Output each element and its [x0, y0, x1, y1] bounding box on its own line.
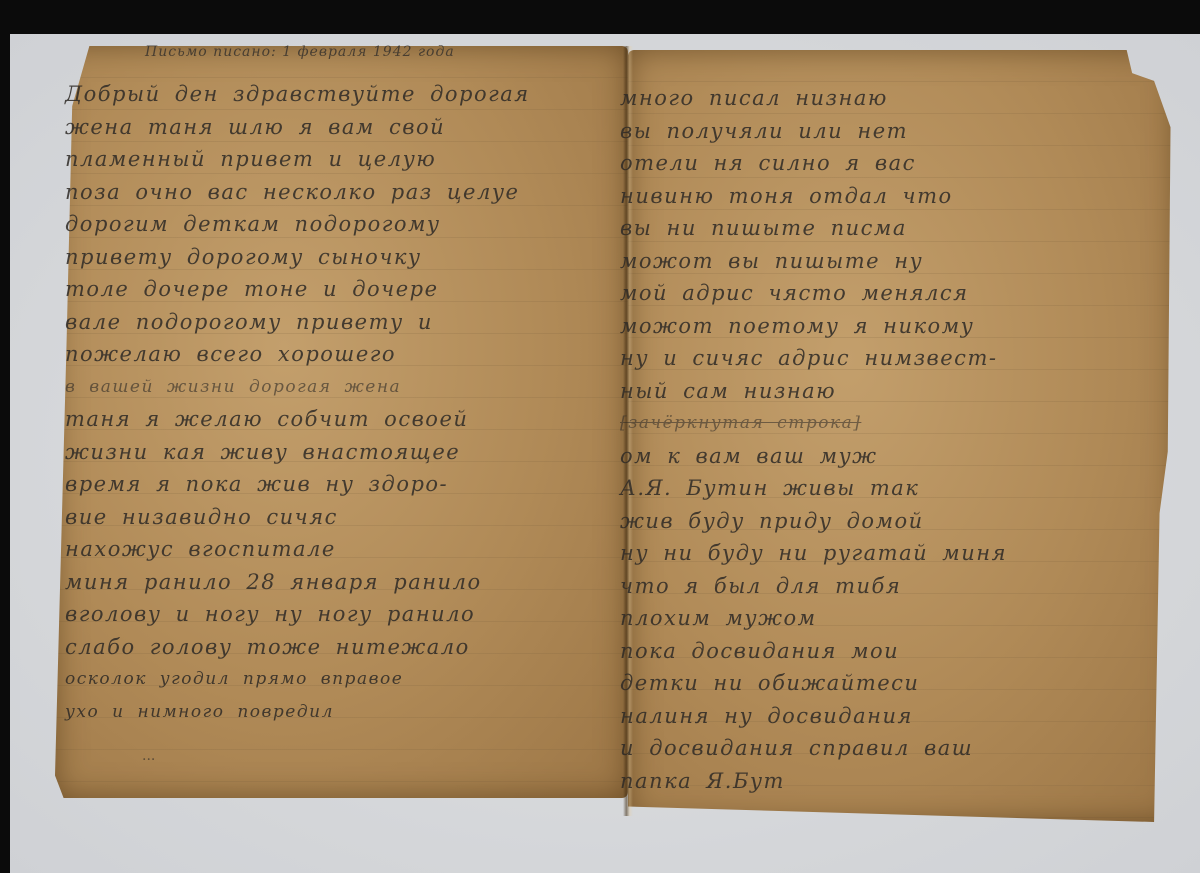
handwritten-line: нивиню тоня отдал что [620, 180, 1007, 213]
handwritten-line: время я пока жив ну здоро- [65, 468, 530, 501]
handwritten-line: ом к вам ваш муж [620, 440, 1007, 473]
handwritten-line: детки ни обижайтеси [620, 667, 1007, 700]
signature-line: папка Я.Бут [620, 765, 1007, 798]
handwritten-line: поза очно вас несколко раз целуе [65, 176, 530, 209]
handwritten-line: слабо голову тоже нитежало [65, 631, 530, 664]
scan-border-left [0, 0, 10, 873]
handwritten-line: таня я желаю собчит освоей [65, 403, 530, 436]
handwritten-line: миня ранило 28 января ранило [65, 566, 530, 599]
ellipsis-mark: ... [142, 748, 155, 764]
handwritten-line: в вашей жизни дорогая жена [65, 371, 530, 404]
left-page-text: Добрый ден здравствуйте дорогая жена тан… [65, 78, 530, 728]
handwritten-line: толе дочере тоне и дочере [65, 273, 530, 306]
handwritten-line: вголову и ногу ну ногу ранило [65, 598, 530, 631]
right-page-text: много писал низнаю вы получяли или нет о… [620, 82, 1007, 797]
handwritten-line: жена таня шлю я вам свой [65, 111, 530, 144]
handwritten-line: А.Я. Бутин живы так [620, 472, 1007, 505]
handwritten-line: налиня ну досвидания [620, 700, 1007, 733]
handwritten-line: ну ни буду ни ругатай миня [620, 537, 1007, 570]
handwritten-line: пожелаю всего хорошего [65, 338, 530, 371]
scan-border-top [0, 0, 1200, 34]
handwritten-line: отели ня силно я вас [620, 147, 1007, 180]
struck-through-line: [зачёркнутая строка] [620, 407, 1007, 440]
handwritten-line: пламенный привет и целую [65, 143, 530, 176]
handwritten-line: ну и сичяс адрис нимзвест- [620, 342, 1007, 375]
handwritten-line: Добрый ден здравствуйте дорогая [65, 78, 530, 111]
handwritten-line: жив буду приду домой [620, 505, 1007, 538]
handwritten-line: ухо и нимного повредил [65, 696, 530, 729]
handwritten-line: плохим мужом [620, 602, 1007, 635]
handwritten-line: можот поетому я никому [620, 310, 1007, 343]
letter-date-header: Письмо писано: 1 февраля 1942 года [145, 44, 455, 60]
handwritten-line: мой адрис чясто менялся [620, 277, 1007, 310]
handwritten-line: много писал низнаю [620, 82, 1007, 115]
handwritten-line: вы ни пишыте писма [620, 212, 1007, 245]
handwritten-line: можот вы пишыте ну [620, 245, 1007, 278]
handwritten-line: жизни кая живу внастоящее [65, 436, 530, 469]
handwritten-line: осколок угодил прямо вправое [65, 663, 530, 696]
handwritten-line: нахожус вгоспитале [65, 533, 530, 566]
handwritten-line: пока досвидания мои [620, 635, 1007, 668]
handwritten-line: вале подорогому привету и [65, 306, 530, 339]
handwritten-line: привету дорогому сыночку [65, 241, 530, 274]
handwritten-line: вы получяли или нет [620, 115, 1007, 148]
handwritten-line: и досвидания справил ваш [620, 732, 1007, 765]
handwritten-line: ный сам низнаю [620, 375, 1007, 408]
handwritten-line: дорогим деткам подорогому [65, 208, 530, 241]
handwritten-line: вие низавидно сичяс [65, 501, 530, 534]
handwritten-line: что я был для тибя [620, 570, 1007, 603]
